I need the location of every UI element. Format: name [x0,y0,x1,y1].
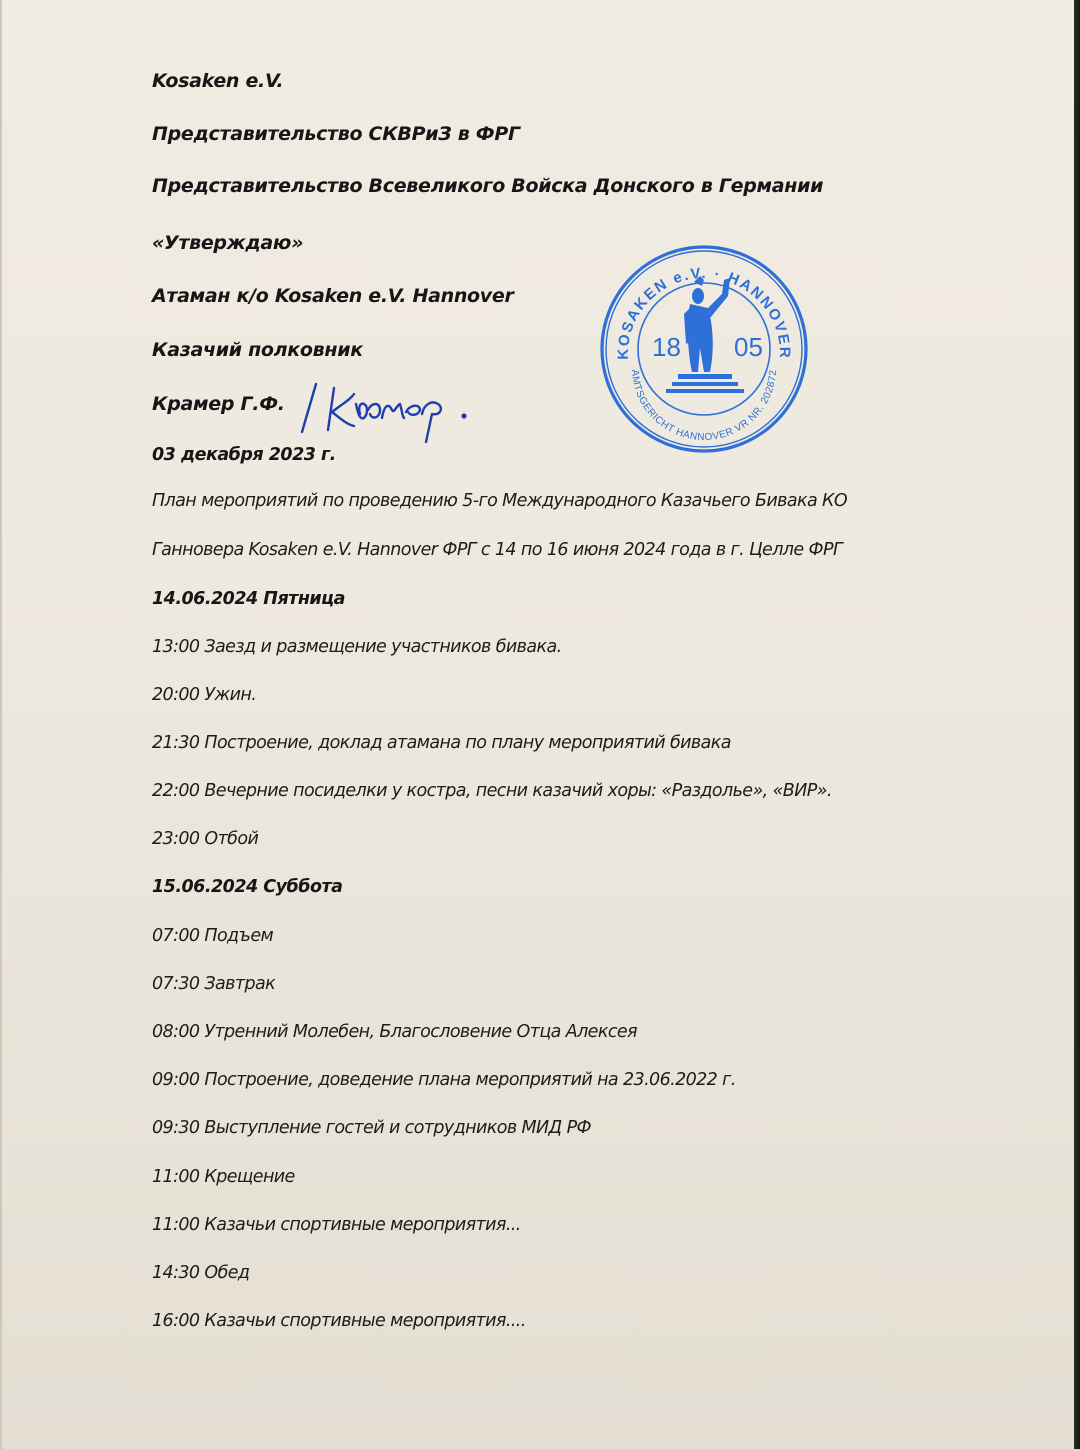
day-heading: 15.06.2024 Суббота [152,877,342,897]
document-page: Kosaken e.V. Представительство СКВРиЗ в … [0,0,1074,1449]
schedule-item: 09:00 Построение, доведение плана меропр… [152,1070,736,1090]
representation-line-1: Представительство СКВРиЗ в ФРГ [152,123,520,145]
schedule-item: 20:00 Ужин. [152,685,256,705]
stamp-year-left: 18 [652,332,681,362]
day-heading: 14.06.2024 Пятница [152,589,345,609]
signatory-name: Крамер Г.Ф. [152,393,285,415]
plan-title-line-2: Ганновера Kosaken e.V. Hannover ФРГ с 14… [152,540,842,560]
schedule-item: 08:00 Утренний Молебен, Благословение От… [152,1022,637,1042]
plan-title-line-1: План мероприятий по проведению 5-го Межд… [152,491,847,511]
schedule-item: 14:30 Обед [152,1263,249,1283]
schedule-item: 22:00 Вечерние посиделки у костра, песни… [152,781,832,801]
rank-line: Казачий полковник [152,339,363,361]
schedule-item: 13:00 Заезд и размещение участников бива… [152,637,562,657]
schedule-item: 23:00 Отбой [152,829,258,849]
background-edge [1074,0,1080,1449]
schedule-item: 21:30 Построение, доклад атамана по план… [152,733,731,753]
schedule-item: 07:30 Завтрак [152,974,275,994]
signature-icon [298,374,488,444]
schedule-item: 11:00 Казачьи спортивные мероприятия... [152,1215,521,1235]
approval-label: «Утверждаю» [152,232,303,254]
schedule-item: 07:00 Подъем [152,926,273,946]
approval-date: 03 декабря 2023 г. [152,445,336,465]
org-name: Kosaken e.V. [152,70,283,92]
stamp-year-right: 05 [734,332,763,362]
schedule-item: 09:30 Выступление гостей и сотрудников М… [152,1118,591,1138]
ataman-line: Атаман к/о Kosaken e.V. Hannover [152,285,514,307]
representation-line-2: Представительство Всевеликого Войска Дон… [152,175,823,197]
organization-stamp: KOSAKEN e.V. · HANNOVER AMTSGERICHT HANN… [598,244,810,454]
schedule-item: 11:00 Крещение [152,1167,295,1187]
schedule-item: 16:00 Казачьи спортивные мероприятия.... [152,1311,526,1331]
